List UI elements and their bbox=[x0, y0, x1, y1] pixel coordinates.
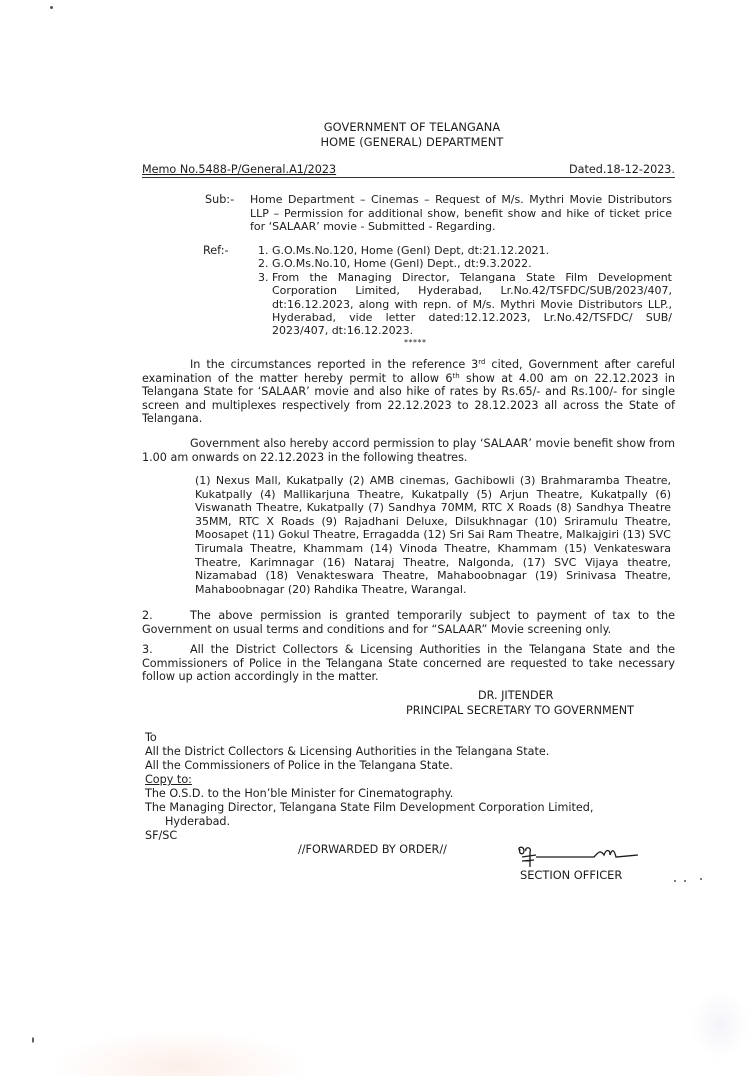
point-3: 3.All the District Collectors & Licensin… bbox=[142, 643, 675, 684]
memo-number: Memo No.5488-P/General.A1/2023 bbox=[142, 163, 336, 176]
reference-item: 2.G.O.Ms.No.10, Home (Genl) Dept., dt:9.… bbox=[258, 257, 672, 270]
point-number: 2. bbox=[142, 609, 190, 623]
point-text: The above permission is granted temporar… bbox=[142, 609, 675, 636]
reference-item: 3.From the Managing Director, Telangana … bbox=[258, 271, 672, 338]
paragraph-text: Government also hereby accord permission… bbox=[142, 437, 675, 464]
reference-text: From the Managing Director, Telangana St… bbox=[272, 271, 672, 338]
subject-text: Home Department – Cinemas – Request of M… bbox=[250, 193, 672, 234]
paper-speck bbox=[32, 1037, 34, 1043]
to-line: All the Commissioners of Police in the T… bbox=[145, 759, 593, 773]
memo-line: Memo No.5488-P/General.A1/2023 Dated.18-… bbox=[142, 162, 675, 178]
memo-date: Dated.18-12-2023. bbox=[569, 163, 675, 176]
subject-label: Sub:- bbox=[205, 193, 234, 206]
department-heading: HOME (GENERAL) DEPARTMENT bbox=[212, 135, 612, 149]
superscript: th bbox=[452, 372, 459, 380]
point-2: 2.The above permission is granted tempor… bbox=[142, 609, 675, 636]
addressee-block: To All the District Collectors & Licensi… bbox=[145, 731, 593, 843]
copy-to-label: Copy to: bbox=[145, 773, 593, 787]
paper-speck bbox=[50, 6, 53, 9]
paragraph-permission: In the circumstances reported in the ref… bbox=[142, 358, 675, 426]
paragraph-benefit-show: Government also hereby accord permission… bbox=[142, 437, 675, 464]
file-reference: SF/SC bbox=[145, 829, 593, 843]
memo-document: GOVERNMENT OF TELANGANA HOME (GENERAL) D… bbox=[0, 0, 750, 1076]
reference-list: 1.G.O.Ms.No.120, Home (Genl) Dept, dt:21… bbox=[258, 244, 672, 338]
reference-text: G.O.Ms.No.10, Home (Genl) Dept., dt:9.3.… bbox=[272, 257, 532, 270]
paper-shadow bbox=[690, 990, 750, 1060]
copy-line: The O.S.D. to the Hon’ble Minister for C… bbox=[145, 787, 593, 801]
paper-stain bbox=[50, 1030, 310, 1076]
reference-number: 1. bbox=[258, 244, 269, 257]
signatory-title: PRINCIPAL SECRETARY TO GOVERNMENT bbox=[406, 704, 634, 717]
section-officer-label: SECTION OFFICER bbox=[520, 868, 622, 882]
point-text: All the District Collectors & Licensing … bbox=[142, 643, 675, 683]
reference-text: G.O.Ms.No.120, Home (Genl) Dept, dt:21.1… bbox=[272, 244, 549, 257]
reference-number: 3. bbox=[258, 271, 269, 284]
reference-number: 2. bbox=[258, 257, 269, 270]
point-number: 3. bbox=[142, 643, 190, 657]
government-heading: GOVERNMENT OF TELANGANA bbox=[212, 120, 612, 134]
reference-label: Ref:- bbox=[203, 244, 229, 257]
separator-stars: ***** bbox=[404, 338, 427, 347]
paper-speck bbox=[684, 880, 686, 882]
paper-speck bbox=[674, 880, 676, 882]
to-line: All the District Collectors & Licensing … bbox=[145, 745, 593, 759]
paper-speck bbox=[700, 878, 702, 880]
copy-line-cont: Hyderabad. bbox=[145, 815, 593, 829]
paragraph-text: In the circumstances reported in the ref… bbox=[190, 358, 478, 371]
theatre-list: (1) Nexus Mall, Kukatpally (2) AMB cinem… bbox=[195, 474, 671, 596]
forwarded-by-order: //FORWARDED BY ORDER// bbox=[298, 843, 447, 856]
copy-line: The Managing Director, Telangana State F… bbox=[145, 801, 593, 815]
signatory-name: DR. JITENDER bbox=[478, 689, 553, 702]
to-label: To bbox=[145, 731, 593, 745]
reference-item: 1.G.O.Ms.No.120, Home (Genl) Dept, dt:21… bbox=[258, 244, 672, 257]
